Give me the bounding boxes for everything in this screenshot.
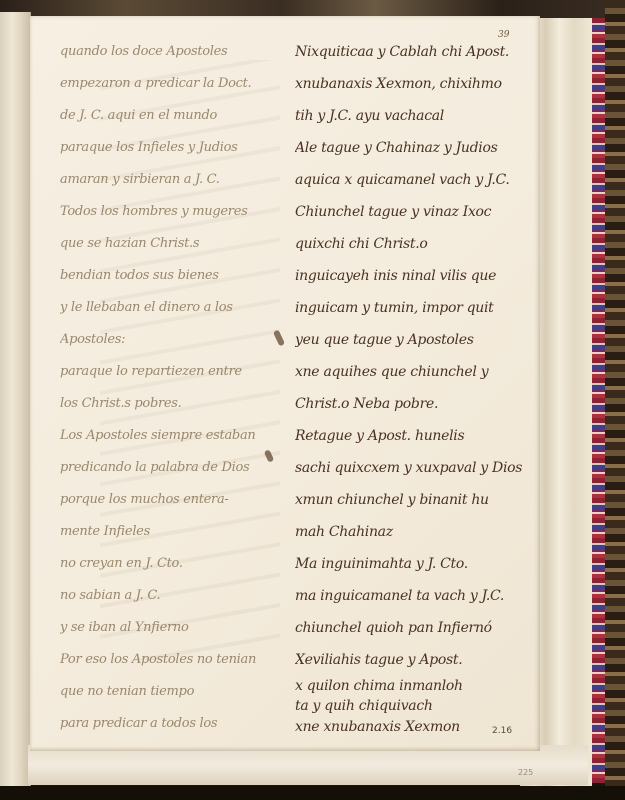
text-line: que se hazian Christ.s <box>60 228 285 260</box>
marbled-paper-edge <box>592 18 606 783</box>
text-line: no creyan en J. Cto. <box>60 548 285 580</box>
archive-number: 2.16 <box>492 726 512 736</box>
text-line: paraque los Infieles y Judios <box>60 132 285 164</box>
text-line: y se iban al Ynfierno <box>60 612 285 644</box>
page-bottom-edge <box>28 745 588 785</box>
book-cover-bottom <box>0 786 625 800</box>
text-line: Ma inguinimahta y J. Cto. <box>295 548 530 580</box>
text-line: no sabian a J. C. <box>60 580 285 612</box>
text-line: que no tenian tiempo <box>60 676 285 708</box>
text-line: ta y quih chiquivach <box>295 696 530 716</box>
text-line: Ale tague y Chahinaz y Judios <box>295 132 530 164</box>
text-line: sachi quixcxem y xuxpaval y Dios <box>295 452 530 484</box>
text-line: mah Chahinaz <box>295 516 530 548</box>
text-line: predicando la palabra de Dios <box>60 452 285 484</box>
text-line: inguicam y tumin, impor quit <box>295 292 530 324</box>
text-line: y le llebaban el dinero a los <box>60 292 285 324</box>
text-line: quando los doce Apostoles <box>60 36 285 68</box>
text-line: Todos los hombres y mugeres <box>60 196 285 228</box>
text-line: Retague y Apost. hunelis <box>295 420 530 452</box>
text-line: yeu que tague y Apostoles <box>295 324 530 356</box>
text-line: Apostoles: <box>60 324 285 356</box>
text-line: xnubanaxis Xexmon, chixihmo <box>295 68 530 100</box>
archive-stamp: 225 <box>518 768 533 777</box>
left-column-spanish: quando los doce Apostoles empezaron a pr… <box>60 36 285 740</box>
text-line: empezaron a predicar la Doct. <box>60 68 285 100</box>
text-line: bendian todos sus bienes <box>60 260 285 292</box>
text-line: para predicar a todos los <box>60 708 285 740</box>
text-line: Chiunchel tague y vinaz Ixoc <box>295 196 530 228</box>
text-line: ma inguicamanel ta vach y J.C. <box>295 580 530 612</box>
text-line: Nixquiticaa y Cablah chi Apost. <box>295 36 530 68</box>
text-line: aquica x quicamanel vach y J.C. <box>295 164 530 196</box>
text-line: Los Apostoles siempre estaban <box>60 420 285 452</box>
text-line: porque los muchos entera- <box>60 484 285 516</box>
text-line: mente Infieles <box>60 516 285 548</box>
text-line: xne aquihes que chiunchel y <box>295 356 530 388</box>
text-line: de J. C. aqui en el mundo <box>60 100 285 132</box>
text-line: chiunchel quioh pan Infiernó <box>295 612 530 644</box>
text-line: x quilon chima inmanloh <box>295 676 530 696</box>
text-line: paraque lo repartiezen entre <box>60 356 285 388</box>
text-line: los Christ.s pobres. <box>60 388 285 420</box>
text-line: Christ.o Neba pobre. <box>295 388 530 420</box>
text-line: Xeviliahis tague y Apost. <box>295 644 530 676</box>
text-line: amaran y sirbieran a J. C. <box>60 164 285 196</box>
book-cover-right <box>605 0 625 800</box>
text-line: inguicayeh inis ninal vilis que <box>295 260 530 292</box>
text-line: Por eso los Apostoles no tenian <box>60 644 285 676</box>
binding-left-edge <box>0 12 31 787</box>
text-line: quixchi chi Christ.o <box>295 228 530 260</box>
right-column-mayan: Nixquiticaa y Cablah chi Apost. xnubanax… <box>295 36 530 738</box>
text-line: tih y J.C. ayu vachacal <box>295 100 530 132</box>
text-line: xmun chiunchel y binanit hu <box>295 484 530 516</box>
